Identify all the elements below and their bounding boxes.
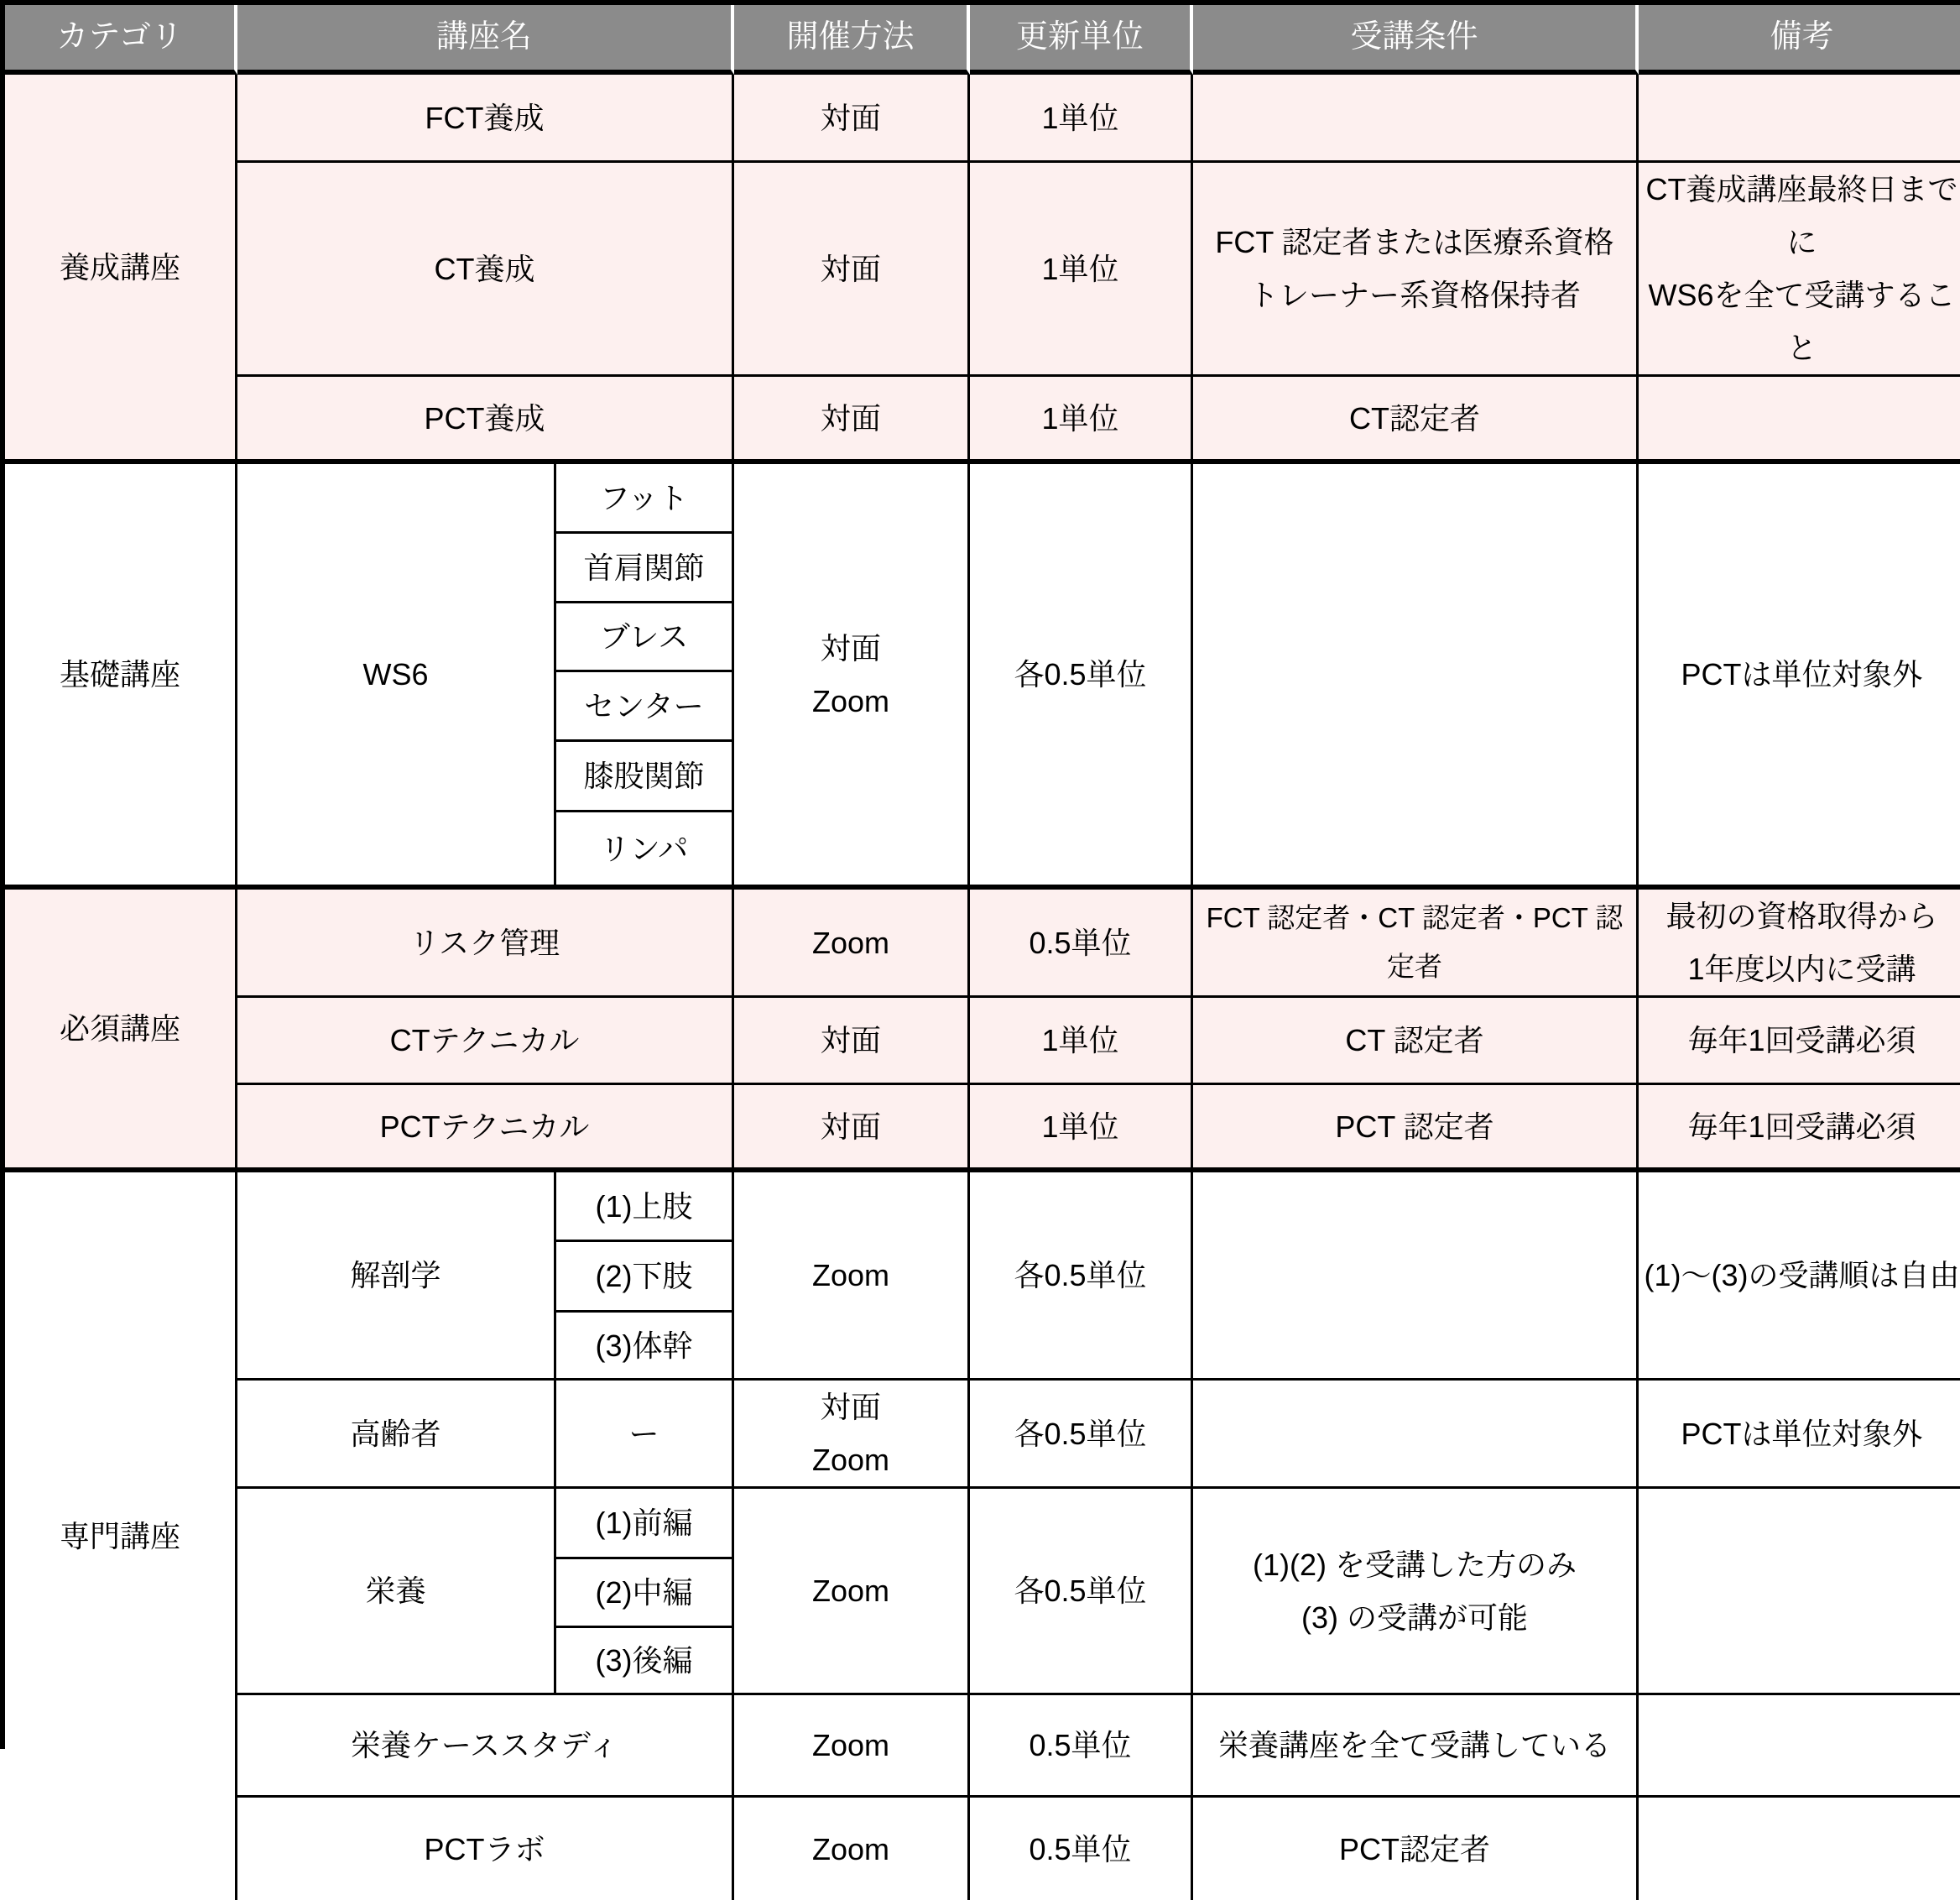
course-name-ct-technical: CTテクニカル <box>237 998 734 1085</box>
course-name-anatomy: 解剖学 <box>237 1172 556 1381</box>
condition-ct: FCT 認定者または医療系資格 トレーナー系資格保持者 <box>1193 163 1639 377</box>
remark-ct: CT養成講座最終日までに WS6を全て受講すること <box>1639 163 1960 377</box>
condition-ct-technical: CT 認定者 <box>1193 998 1639 1085</box>
table-row: PCTラボ Zoom 0.5単位 PCT認定者 <box>5 1798 1960 1900</box>
remark-ws6: PCTは単位対象外 <box>1639 464 1960 890</box>
remark-risk: 最初の資格取得から 1年度以内に受講 <box>1639 890 1960 998</box>
header-category: カテゴリ <box>5 5 237 75</box>
method-pct-lab: Zoom <box>734 1798 970 1900</box>
condition-pct-technical: PCT 認定者 <box>1193 1085 1639 1172</box>
method-ct: 対面 <box>734 163 970 377</box>
sub-item-ws6-lymph: リンパ <box>556 812 734 890</box>
condition-nutrition-case: 栄養講座を全て受講している <box>1193 1695 1639 1798</box>
condition-ws6 <box>1193 464 1639 890</box>
header-method: 開催方法 <box>734 5 970 75</box>
condition-elderly <box>1193 1381 1639 1489</box>
condition-anatomy <box>1193 1172 1639 1381</box>
condition-pct-lab: PCT認定者 <box>1193 1798 1639 1900</box>
condition-pct: CT認定者 <box>1193 377 1639 464</box>
remark-fct <box>1639 75 1960 163</box>
method-pct: 対面 <box>734 377 970 464</box>
category-required: 必須講座 <box>5 890 237 1172</box>
method-elderly: 対面 Zoom <box>734 1381 970 1489</box>
course-name-pct: PCT養成 <box>237 377 734 464</box>
remark-anatomy: (1)～(3)の受講順は自由 <box>1639 1172 1960 1381</box>
unit-ct: 1単位 <box>970 163 1193 377</box>
remark-pct <box>1639 377 1960 464</box>
category-training: 養成講座 <box>5 75 237 464</box>
course-name-pct-lab: PCTラボ <box>237 1798 734 1900</box>
method-fct: 対面 <box>734 75 970 163</box>
sub-item-ws6-breath: ブレス <box>556 603 734 672</box>
sub-item-ws6-foot: フット <box>556 464 734 534</box>
method-ct-technical: 対面 <box>734 998 970 1085</box>
unit-ws6: 各0.5単位 <box>970 464 1193 890</box>
method-nutrition-case: Zoom <box>734 1695 970 1798</box>
remark-pct-technical: 毎年1回受講必須 <box>1639 1085 1960 1172</box>
table-row: 高齢者 ー 対面 Zoom 各0.5単位 PCTは単位対象外 <box>5 1381 1960 1489</box>
condition-risk: FCT 認定者・CT 認定者・PCT 認定者 <box>1193 890 1639 998</box>
table-row: CT養成 対面 1単位 FCT 認定者または医療系資格 トレーナー系資格保持者 … <box>5 163 1960 377</box>
sub-item-anatomy-1: (1)上肢 <box>556 1172 734 1242</box>
sub-item-ws6-knee-hip: 膝股関節 <box>556 742 734 812</box>
sub-item-anatomy-2: (2)下肢 <box>556 1242 734 1313</box>
unit-risk: 0.5単位 <box>970 890 1193 998</box>
category-basic: 基礎講座 <box>5 464 237 890</box>
method-pct-technical: 対面 <box>734 1085 970 1172</box>
header-condition: 受講条件 <box>1193 5 1639 75</box>
course-name-fct: FCT養成 <box>237 75 734 163</box>
unit-pct-technical: 1単位 <box>970 1085 1193 1172</box>
header-course-name: 講座名 <box>237 5 734 75</box>
unit-pct: 1単位 <box>970 377 1193 464</box>
course-name-ct: CT養成 <box>237 163 734 377</box>
category-specialized: 専門講座 <box>5 1172 237 1900</box>
table-row: 栄養 (1)前編 Zoom 各0.5単位 (1)(2) を受講した方のみ (3)… <box>5 1489 1960 1559</box>
method-anatomy: Zoom <box>734 1172 970 1381</box>
unit-ct-technical: 1単位 <box>970 998 1193 1085</box>
sub-item-elderly-dash: ー <box>556 1381 734 1489</box>
header-row: カテゴリ 講座名 開催方法 更新単位 受講条件 備考 <box>5 5 1960 75</box>
remark-pct-lab <box>1639 1798 1960 1900</box>
method-risk: Zoom <box>734 890 970 998</box>
sub-item-nutrition-2: (2)中編 <box>556 1559 734 1628</box>
table-row: CTテクニカル 対面 1単位 CT 認定者 毎年1回受講必須 <box>5 998 1960 1085</box>
unit-fct: 1単位 <box>970 75 1193 163</box>
remark-nutrition <box>1639 1489 1960 1695</box>
course-schedule-screen: カテゴリ 講座名 開催方法 更新単位 受講条件 備考 養成講座 FCT養成 対面… <box>0 0 1960 1749</box>
remark-ct-technical: 毎年1回受講必須 <box>1639 998 1960 1085</box>
table-row: 基礎講座 WS6 フット 対面 Zoom 各0.5単位 PCTは単位対象外 <box>5 464 1960 534</box>
table-row: 栄養ケーススタディ Zoom 0.5単位 栄養講座を全て受講している <box>5 1695 1960 1798</box>
condition-nutrition: (1)(2) を受講した方のみ (3) の受講が可能 <box>1193 1489 1639 1695</box>
unit-anatomy: 各0.5単位 <box>970 1172 1193 1381</box>
course-name-elderly: 高齢者 <box>237 1381 556 1489</box>
remark-nutrition-case <box>1639 1695 1960 1798</box>
course-name-pct-technical: PCTテクニカル <box>237 1085 734 1172</box>
course-name-risk: リスク管理 <box>237 890 734 998</box>
method-ws6: 対面 Zoom <box>734 464 970 890</box>
course-table: カテゴリ 講座名 開催方法 更新単位 受講条件 備考 養成講座 FCT養成 対面… <box>5 5 1960 1900</box>
sub-item-anatomy-3: (3)体幹 <box>556 1313 734 1381</box>
unit-pct-lab: 0.5単位 <box>970 1798 1193 1900</box>
course-name-ws6: WS6 <box>237 464 556 890</box>
method-nutrition: Zoom <box>734 1489 970 1695</box>
table-row: 養成講座 FCT養成 対面 1単位 <box>5 75 1960 163</box>
header-unit: 更新単位 <box>970 5 1193 75</box>
sub-item-ws6-center: センター <box>556 672 734 742</box>
sub-item-nutrition-1: (1)前編 <box>556 1489 734 1559</box>
header-remark: 備考 <box>1639 5 1960 75</box>
remark-elderly: PCTは単位対象外 <box>1639 1381 1960 1489</box>
table-row: 専門講座 解剖学 (1)上肢 Zoom 各0.5単位 (1)～(3)の受講順は自… <box>5 1172 1960 1242</box>
unit-nutrition: 各0.5単位 <box>970 1489 1193 1695</box>
course-name-nutrition: 栄養 <box>237 1489 556 1695</box>
table-row: PCTテクニカル 対面 1単位 PCT 認定者 毎年1回受講必須 <box>5 1085 1960 1172</box>
condition-fct <box>1193 75 1639 163</box>
sub-item-nutrition-3: (3)後編 <box>556 1628 734 1695</box>
course-name-nutrition-case: 栄養ケーススタディ <box>237 1695 734 1798</box>
unit-nutrition-case: 0.5単位 <box>970 1695 1193 1798</box>
table-row: PCT養成 対面 1単位 CT認定者 <box>5 377 1960 464</box>
unit-elderly: 各0.5単位 <box>970 1381 1193 1489</box>
sub-item-ws6-neck-shoulder: 首肩関節 <box>556 534 734 603</box>
table-row: 必須講座 リスク管理 Zoom 0.5単位 FCT 認定者・CT 認定者・PCT… <box>5 890 1960 998</box>
